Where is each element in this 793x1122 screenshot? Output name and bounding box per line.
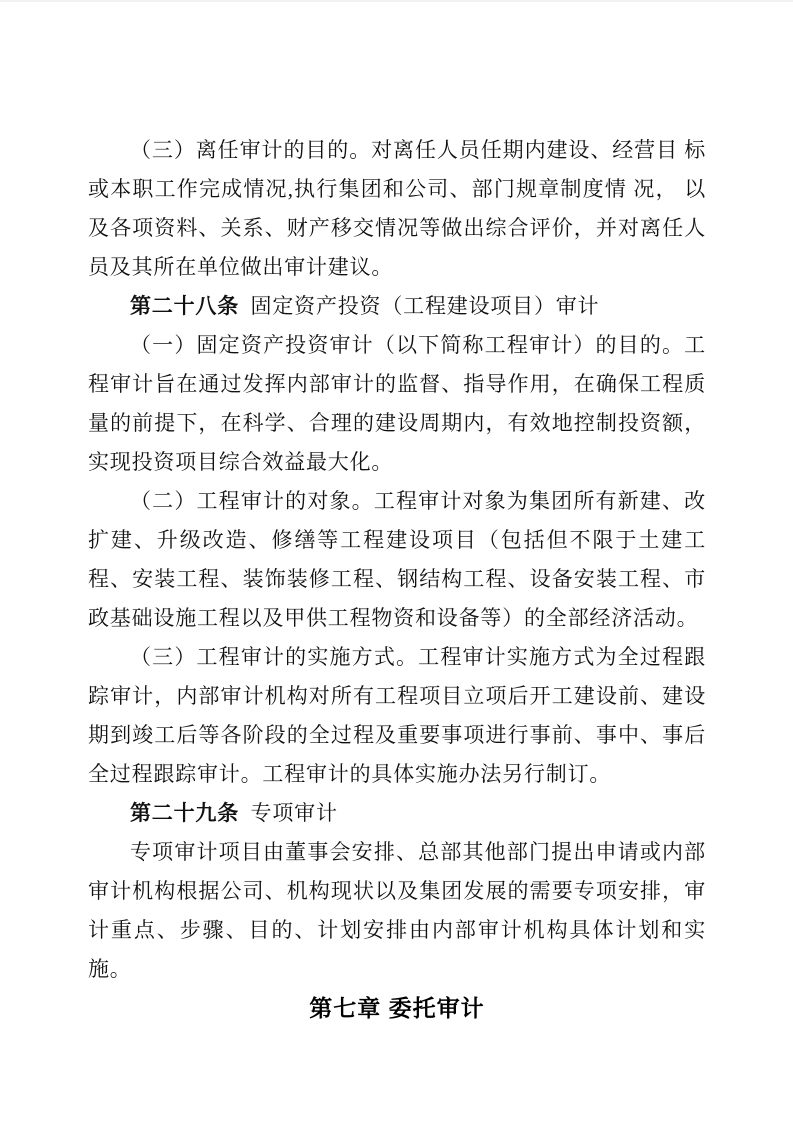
article-title: 固定资产投资（工程建设项目）审计: [251, 294, 600, 318]
article-heading-29: 第二十九条专项审计: [88, 794, 706, 833]
article-heading-28: 第二十八条固定资产投资（工程建设项目）审计: [88, 287, 706, 326]
article-title: 专项审计: [251, 801, 338, 825]
paragraph-project-audit-purpose: （一）固定资产投资审计（以下简称工程审计）的目的。工程审计旨在通过发挥内部审计的…: [88, 326, 706, 482]
paragraph-special-audit: 专项审计项目由董事会安排、总部其他部门提出申请或内部审计机构根据公司、机构现状以…: [88, 833, 706, 989]
paragraph-departure-audit-purpose: （三）离任审计的目的。对离任人员任期内建设、经营目 标或本职工作完成情况,执行集…: [88, 131, 706, 287]
article-number: 第二十八条: [130, 294, 239, 318]
page-top-edge: [0, 0, 793, 2]
paragraph-project-audit-objects: （二）工程审计的对象。工程审计对象为集团所有新建、改扩建、升级改造、修缮等工程建…: [88, 482, 706, 638]
paragraph-project-audit-method: （三）工程审计的实施方式。工程审计实施方式为全过程跟踪审计，内部审计机构对所有工…: [88, 638, 706, 794]
chapter-heading: 第七章 委托审计: [88, 989, 706, 1028]
document-content: （三）离任审计的目的。对离任人员任期内建设、经营目 标或本职工作完成情况,执行集…: [88, 131, 706, 1028]
document-page: （三）离任审计的目的。对离任人员任期内建设、经营目 标或本职工作完成情况,执行集…: [0, 0, 793, 1122]
article-number: 第二十九条: [130, 801, 239, 825]
